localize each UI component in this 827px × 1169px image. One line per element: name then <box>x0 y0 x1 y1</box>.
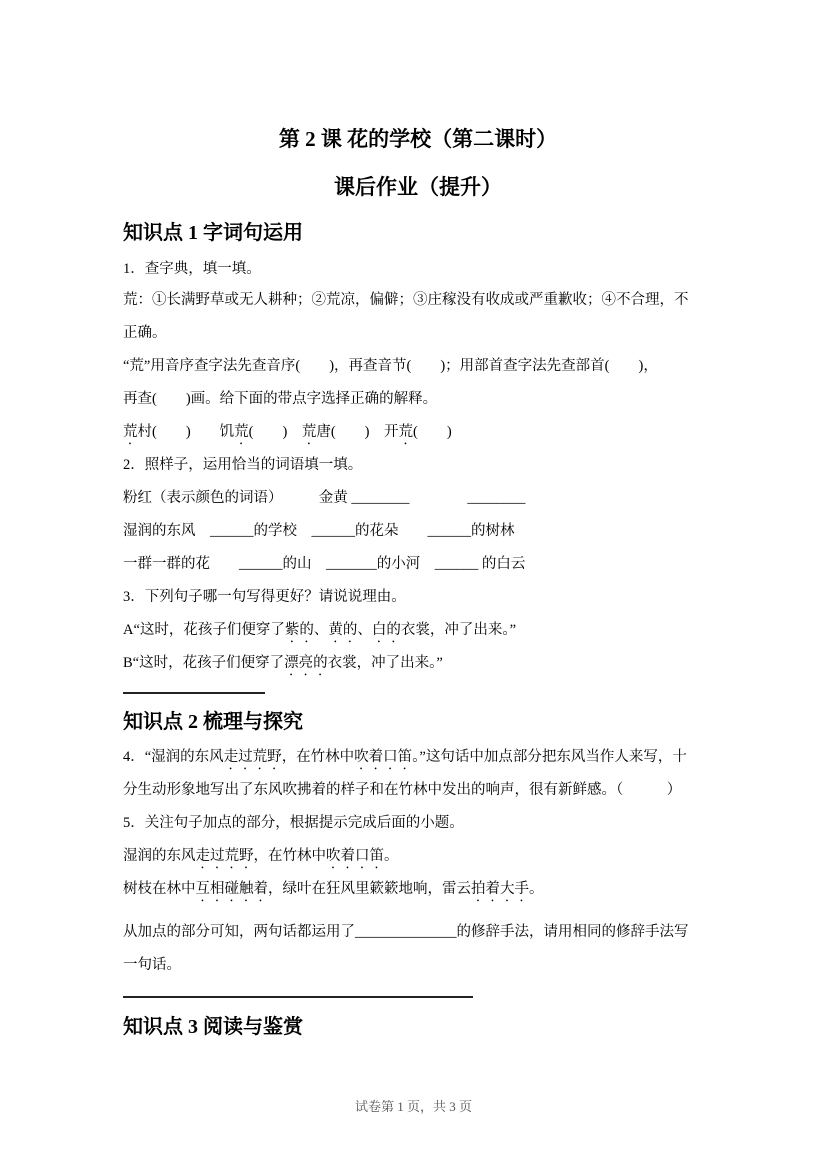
q4-line-1: 4．“湿润的东风走过荒野，在竹林中吹着口笛。”这句话中加点部分把东风当作人来写，… <box>123 741 713 774</box>
text-run: ，在竹林中 <box>254 848 327 864</box>
emphasis-dotted-text: 紫的 <box>285 622 314 638</box>
q2-example-line-1: 粉红（表示颜色的词语） 金黄 ________ ________ <box>123 482 713 515</box>
emphasis-dotted-text: 互相碰触着 <box>196 881 269 897</box>
emphasis-dotted-text: 荒 <box>399 424 414 440</box>
q1-definition-line-2: 正确。 <box>123 317 713 350</box>
q2-example-line-2: 湿润的东风 ______的学校 ______的花朵 ______的树林 <box>123 515 713 548</box>
text-run: 湿润的东风 <box>123 848 196 864</box>
emphasis-dotted-text: 白的 <box>372 622 401 638</box>
emphasis-dotted-text: 黄的 <box>328 622 357 638</box>
q1-definition-line-1: 荒：①长满野草或无人耕种；②荒凉，偏僻；③庄稼没有收成或严重歉收；④不合理，不 <box>123 284 713 317</box>
text-run: ，绿叶在狂风里簌簌地响，雷云 <box>268 881 471 897</box>
emphasis-dotted-text: 荒 <box>123 424 138 440</box>
emphasis-dotted-text: 吹着口笛 <box>326 848 384 864</box>
text-run: 衣裳，冲了出来。” <box>401 622 516 638</box>
text-run: 。 <box>384 848 399 864</box>
q4-line-2: 分生动形象地写出了东风吹拂着的样子和在竹林中发出的响声，很有新鲜感。（ ） <box>123 774 713 807</box>
emphasis-dotted-text: 拍着大手 <box>471 881 529 897</box>
q5-fill-line-1: 从加点的部分可知，两句话都运用了______________的修辞手法，请用相同… <box>123 916 713 949</box>
q1-lookup-line-1: “荒”用音序查字法先查音序( )，再查音节( )；用部首查字法先查部首( )， <box>123 350 713 383</box>
answer-line-short <box>123 692 265 694</box>
emphasis-dotted-text: 走过荒野 <box>196 848 254 864</box>
q1-intro-line: 1．查字典，填一填。 <box>123 254 713 284</box>
text-run: 、 <box>314 622 329 638</box>
worksheet-page: 第 2 课 花的学校（第二课时） 课后作业（提升） 知识点 1 字词句运用 1．… <box>123 0 713 1040</box>
page-subtitle: 课后作业（提升） <box>123 174 713 200</box>
text-run: A“这时，花孩子们便穿了 <box>123 622 285 638</box>
section-heading-3: 知识点 3 阅读与鉴赏 <box>123 1014 713 1040</box>
text-run: ( ) <box>413 424 452 440</box>
q2-intro-line: 2．照样子，运用恰当的词语填一填。 <box>123 449 713 482</box>
text-run: 村( ) <box>138 424 220 440</box>
text-run: B“这时，花孩子们便穿了 <box>123 655 284 671</box>
section-heading-1: 知识点 1 字词句运用 <box>123 220 713 246</box>
emphasis-dotted-text: 走过荒野 <box>224 749 282 765</box>
emphasis-dotted-text: 吹着口笛 <box>354 749 412 765</box>
text-run: 、 <box>357 622 372 638</box>
section-heading-2: 知识点 2 梳理与探究 <box>123 709 713 735</box>
text-run: 树枝在林中 <box>123 881 196 897</box>
text-run: 。”这句话中加点部分把东风当作人来写，十 <box>412 749 687 765</box>
q1-dotted-words-line: 荒村( ) 饥荒( ) 荒唐( ) 开荒( ) <box>123 416 713 449</box>
text-run: 唐( ) <box>316 424 384 440</box>
text-run: 。 <box>529 881 544 897</box>
page-footer: 试卷第 1 页，共 3 页 <box>0 1096 827 1115</box>
text-run: 4．“湿润的东风 <box>123 749 224 765</box>
emphasis-dotted-text: 荒 <box>234 424 249 440</box>
q1-lookup-line-2: 再查( )画。给下面的带点字选择正确的解释。 <box>123 383 713 416</box>
text-run: ，在竹林中 <box>282 749 355 765</box>
emphasis-dotted-text: 荒 <box>302 424 317 440</box>
text-run: ( ) <box>249 424 302 440</box>
q5-intro-line: 5．关注句子加点的部分，根据提示完成后面的小题。 <box>123 807 713 840</box>
text-run: 开 <box>384 424 399 440</box>
q5-sentence-2: 树枝在林中互相碰触着，绿叶在狂风里簌簌地响，雷云拍着大手。 <box>123 873 713 906</box>
q5-fill-line-2: 一句话。 <box>123 949 713 982</box>
answer-line-long <box>123 996 473 998</box>
q3-sentence-b: B“这时，花孩子们便穿了漂亮的衣裳，冲了出来。” <box>123 647 713 680</box>
emphasis-dotted-text: 漂亮的 <box>284 655 328 671</box>
q3-sentence-a: A“这时，花孩子们便穿了紫的、黄的、白的衣裳，冲了出来。” <box>123 614 713 647</box>
q3-intro-line: 3．下列句子哪一句写得更好？请说说理由。 <box>123 581 713 614</box>
text-run: 饥 <box>220 424 235 440</box>
q5-sentence-1: 湿润的东风走过荒野，在竹林中吹着口笛。 <box>123 840 713 873</box>
q2-example-line-3: 一群一群的花 ______的山 _______的小河 ______ 的白云 <box>123 548 713 581</box>
text-run: 衣裳，冲了出来。” <box>328 655 443 671</box>
page-title: 第 2 课 花的学校（第二课时） <box>123 126 713 152</box>
